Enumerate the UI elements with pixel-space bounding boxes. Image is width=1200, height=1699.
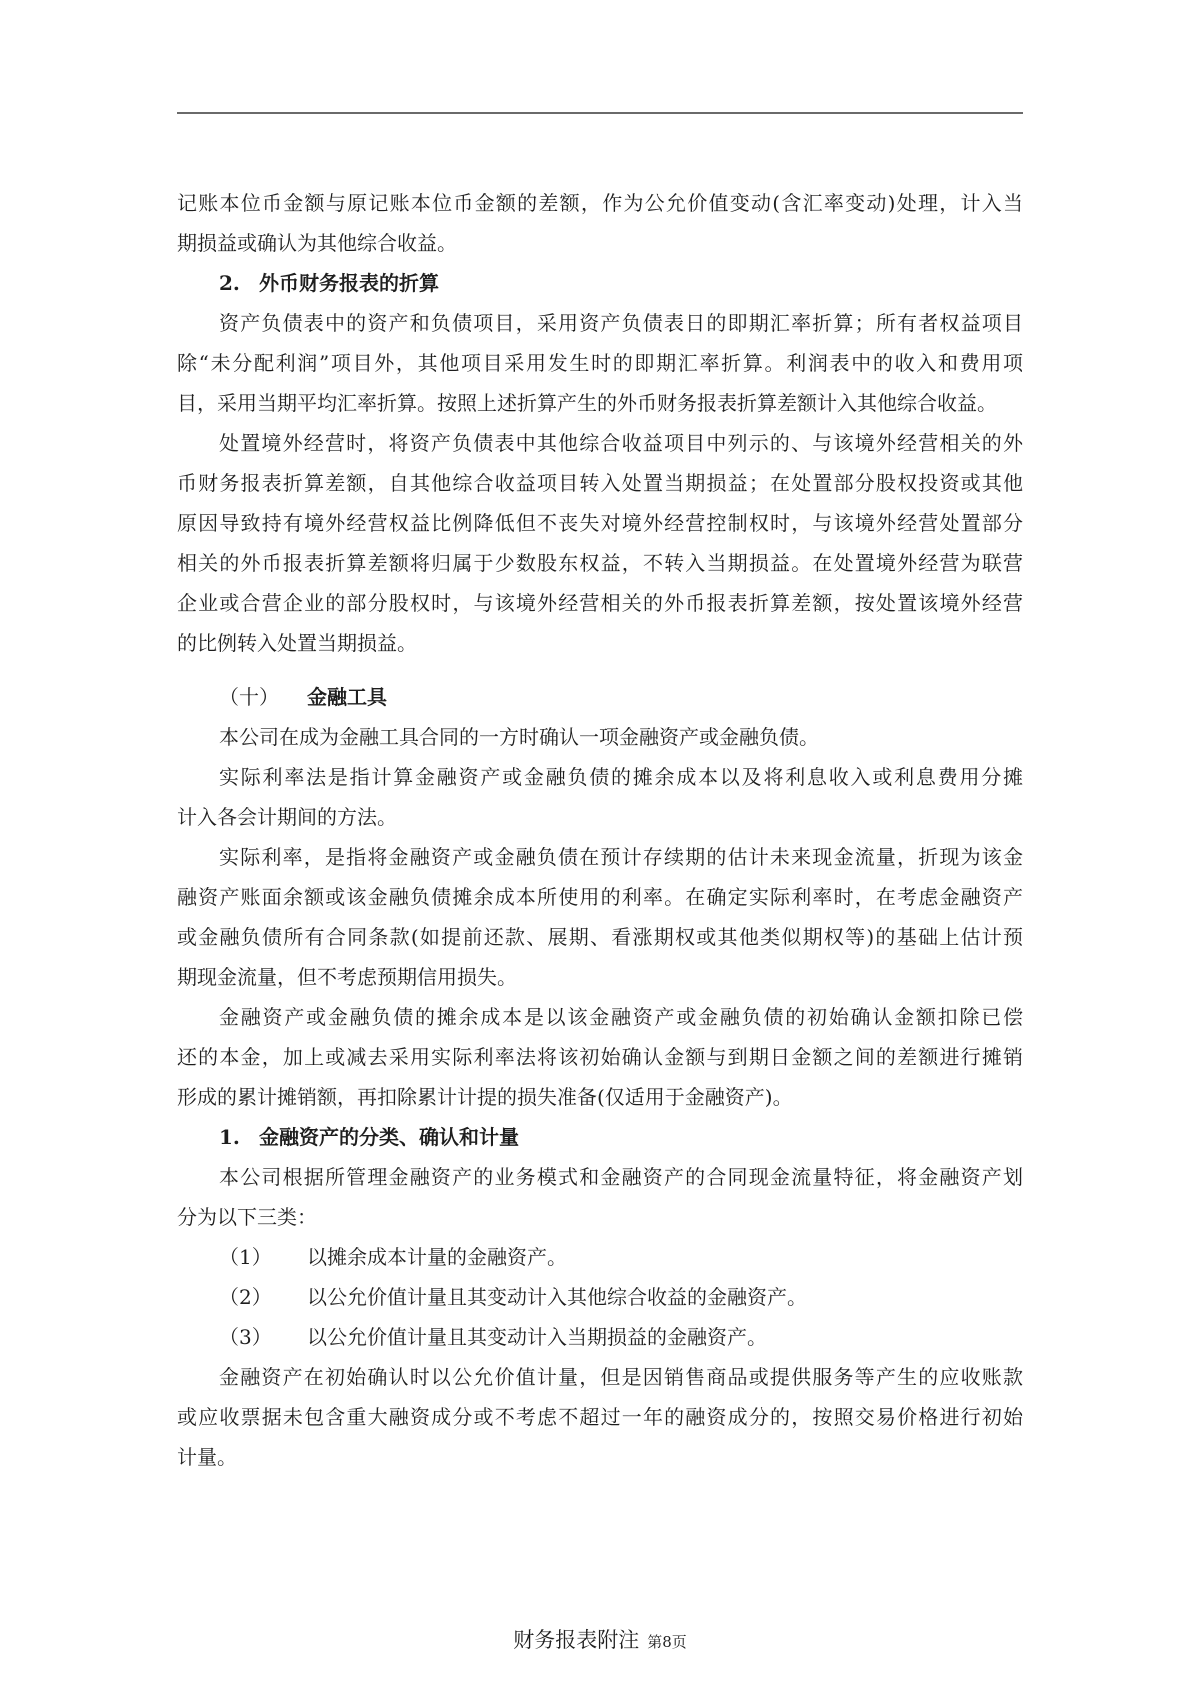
subheading-foreign-statements: 2.外币财务报表的折算 (177, 263, 1023, 303)
page-number: 第8页 (647, 1633, 687, 1651)
list-item-number: （1） (219, 1237, 307, 1277)
classification-list: （1）以摊余成本计量的金融资产。 （2）以公允价值计量且其变动计入其他综合收益的… (177, 1237, 1023, 1357)
text-line: 形成的累计摊销额，再扣除累计计提的损失准备(仅适用于金融资产)。 (177, 1077, 1023, 1117)
subheading-number: 2. (219, 263, 259, 303)
text-line: 期现金流量，但不考虑预期信用损失。 (177, 957, 1023, 997)
list-item-text: 以公允价值计量且其变动计入其他综合收益的金融资产。 (307, 1285, 807, 1309)
text-line: 本公司根据所管理金融资产的业务模式和金融资产的合同现金流量特征，将金融资产划 (177, 1157, 1023, 1197)
text-line: 处置境外经营时，将资产负债表中其他综合收益项目中列示的、与该境外经营相关的外 (177, 423, 1023, 463)
text-line: 计入各会计期间的方法。 (177, 797, 1023, 837)
footer-title: 财务报表附注 (513, 1628, 639, 1652)
paragraph-classification-intro: 本公司根据所管理金融资产的业务模式和金融资产的合同现金流量特征，将金融资产划 分… (177, 1157, 1023, 1237)
text-line: 本公司在成为金融工具合同的一方时确认一项金融资产或金融负债。 (177, 717, 1023, 757)
text-line: 实际利率，是指将金融资产或金融负债在预计存续期的估计未来现金流量，折现为该金 (177, 837, 1023, 877)
text-line: 企业或合营企业的部分股权时，与该境外经营相关的外币报表折算差额，按处置该境外经营 (177, 583, 1023, 623)
list-item-number: （3） (219, 1317, 307, 1357)
subheading-title: 金融资产的分类、确认和计量 (259, 1125, 519, 1149)
paragraph-amortised-cost: 金融资产或金融负债的摊余成本是以该金融资产或金融负债的初始确认金额扣除已偿 还的… (177, 997, 1023, 1117)
text-line: 金融资产在初始确认时以公允价值计量，但是因销售商品或提供服务等产生的应收账款 (177, 1357, 1023, 1397)
paragraph-recognition: 本公司在成为金融工具合同的一方时确认一项金融资产或金融负债。 (177, 717, 1023, 757)
text-line: 融资产账面余额或该金融负债摊余成本所使用的利率。在确定实际利率时，在考虑金融资产 (177, 877, 1023, 917)
list-item-text: 以摊余成本计量的金融资产。 (307, 1245, 567, 1269)
text-line: 期损益或确认为其他综合收益。 (177, 223, 1023, 263)
text-line: 或应收票据未包含重大融资成分或不考虑不超过一年的融资成分的，按照交易价格进行初始 (177, 1397, 1023, 1437)
section-heading-financial-instruments: （十）金融工具 (177, 677, 1023, 717)
subheading-title: 外币财务报表的折算 (259, 271, 439, 295)
text-line: 除“未分配利润”项目外，其他项目采用发生时的即期汇率折算。利润表中的收入和费用项 (177, 343, 1023, 383)
subheading-classification: 1.金融资产的分类、确认和计量 (177, 1117, 1023, 1157)
list-item-number: （2） (219, 1277, 307, 1317)
document-body: 记账本位币金额与原记账本位币金额的差额，作为公允价值变动(含汇率变动)处理，计入… (177, 183, 1023, 1477)
text-line: 币财务报表折算差额，自其他综合收益项目转入处置当期损益；在处置部分股权投资或其他 (177, 463, 1023, 503)
text-line: 计量。 (177, 1437, 1023, 1477)
text-line: 记账本位币金额与原记账本位币金额的差额，作为公允价值变动(含汇率变动)处理，计入… (177, 183, 1023, 223)
text-line: 还的本金，加上或减去采用实际利率法将该初始确认金额与到期日金额之间的差额进行摊销 (177, 1037, 1023, 1077)
list-item: （3）以公允价值计量且其变动计入当期损益的金融资产。 (177, 1317, 1023, 1357)
text-line: 金融资产或金融负债的摊余成本是以该金融资产或金融负债的初始确认金额扣除已偿 (177, 997, 1023, 1037)
paragraph-initial-measurement: 金融资产在初始确认时以公允价值计量，但是因销售商品或提供服务等产生的应收账款 或… (177, 1357, 1023, 1477)
text-line: 分为以下三类： (177, 1197, 1023, 1237)
section-number: （十） (219, 677, 307, 717)
subheading-number: 1. (219, 1117, 259, 1157)
text-line: 或金融负债所有合同条款(如提前还款、展期、看涨期权或其他类似期权等)的基础上估计… (177, 917, 1023, 957)
paragraph-exchange-difference: 记账本位币金额与原记账本位币金额的差额，作为公允价值变动(含汇率变动)处理，计入… (177, 183, 1023, 263)
paragraph-effective-interest-method: 实际利率法是指计算金融资产或金融负债的摊余成本以及将利息收入或利息费用分摊 计入… (177, 757, 1023, 837)
text-line: 资产负债表中的资产和负债项目，采用资产负债表日的即期汇率折算；所有者权益项目 (177, 303, 1023, 343)
text-line: 目，采用当期平均汇率折算。按照上述折算产生的外币财务报表折算差额计入其他综合收益… (177, 383, 1023, 423)
paragraph-disposal: 处置境外经营时，将资产负债表中其他综合收益项目中列示的、与该境外经营相关的外 币… (177, 423, 1023, 663)
section-title: 金融工具 (307, 685, 387, 709)
list-item-text: 以公允价值计量且其变动计入当期损益的金融资产。 (307, 1325, 767, 1349)
paragraph-translation-rates: 资产负债表中的资产和负债项目，采用资产负债表日的即期汇率折算；所有者权益项目 除… (177, 303, 1023, 423)
text-line: 的比例转入处置当期损益。 (177, 623, 1023, 663)
text-line: 原因导致持有境外经营权益比例降低但不丧失对境外经营控制权时，与该境外经营处置部分 (177, 503, 1023, 543)
page-footer: 财务报表附注第8页 (0, 1624, 1200, 1654)
text-line: 实际利率法是指计算金融资产或金融负债的摊余成本以及将利息收入或利息费用分摊 (177, 757, 1023, 797)
paragraph-effective-interest-rate: 实际利率，是指将金融资产或金融负债在预计存续期的估计未来现金流量，折现为该金 融… (177, 837, 1023, 997)
text-line: 相关的外币报表折算差额将归属于少数股东权益，不转入当期损益。在处置境外经营为联营 (177, 543, 1023, 583)
list-item: （1）以摊余成本计量的金融资产。 (177, 1237, 1023, 1277)
list-item: （2）以公允价值计量且其变动计入其他综合收益的金融资产。 (177, 1277, 1023, 1317)
header-rule (177, 112, 1023, 114)
